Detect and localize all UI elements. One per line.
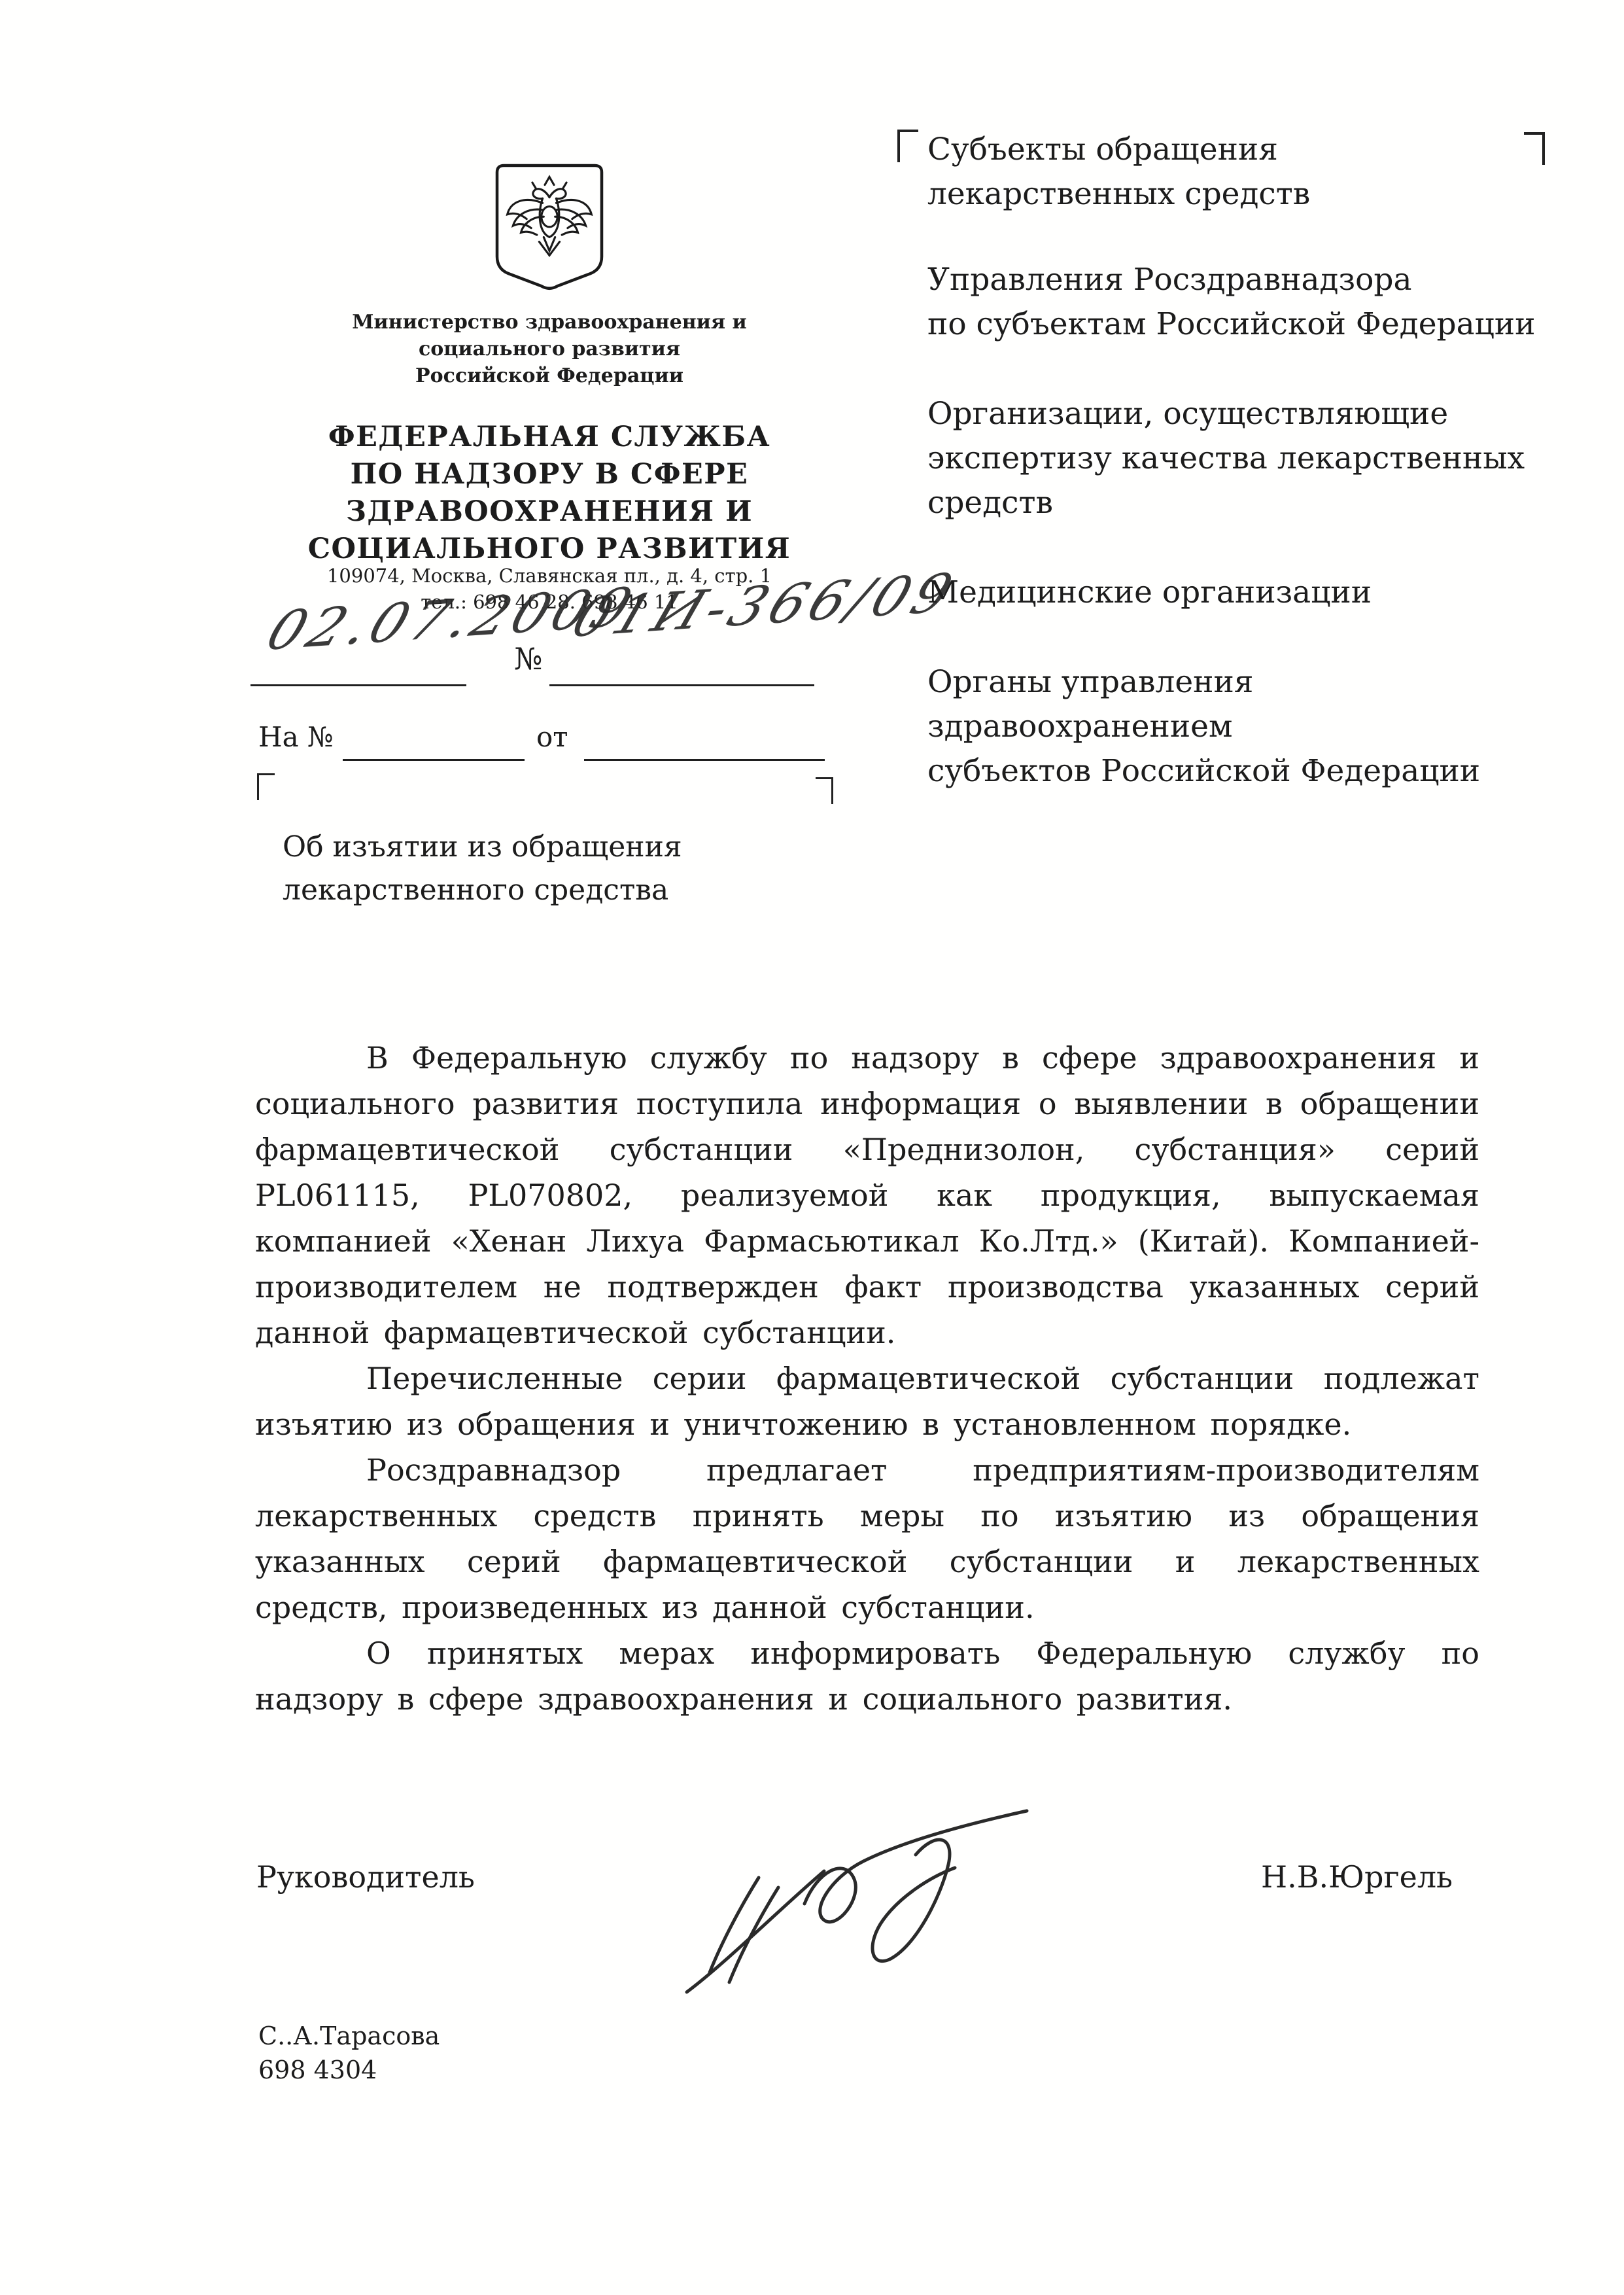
signature-scribble-icon bbox=[608, 1793, 1066, 2008]
ministry-line: социального развития bbox=[222, 336, 876, 362]
recipient-line: Медицинские организации bbox=[927, 570, 1559, 615]
recipient-line: Органы управления bbox=[927, 660, 1559, 705]
body-paragraph: О принятых мерах информировать Федеральн… bbox=[255, 1630, 1479, 1722]
ministry-line: Российской Федерации bbox=[222, 362, 876, 389]
reply-date-underline bbox=[584, 759, 825, 761]
body-paragraph: Росздравнадзор предлагает предприятиям-п… bbox=[255, 1447, 1479, 1630]
subject-corner-bracket-right bbox=[816, 777, 833, 804]
recipient-corner-bracket-left bbox=[897, 130, 918, 162]
recipient-line: субъектов Российской Федерации bbox=[927, 749, 1559, 794]
body-paragraph: В Федеральную службу по надзору в сфере … bbox=[255, 1035, 1479, 1356]
executor-contact: С..А.Тарасова 698 4304 bbox=[258, 2019, 440, 2087]
body-paragraph: Перечисленные серии фармацевтической суб… bbox=[255, 1356, 1479, 1447]
recipient-line: Организации, осуществляющие bbox=[927, 392, 1559, 436]
recipient-line: экспертизу качества лекарственных bbox=[927, 436, 1559, 481]
subject-line: Об изъятии из обращения bbox=[283, 826, 780, 869]
letter-body: В Федеральную службу по надзору в сфере … bbox=[255, 1035, 1479, 1722]
federal-service-name: ФЕДЕРАЛЬНАЯ СЛУЖБА ПО НАДЗОРУ В СФЕРЕ ЗД… bbox=[190, 419, 909, 568]
subject-corner-bracket-left bbox=[257, 773, 275, 800]
service-line: ПО НАДЗОРУ В СФЕРЕ bbox=[190, 456, 909, 493]
reply-prefix: На № bbox=[258, 721, 334, 753]
recipient-line: лекарственных средств bbox=[927, 172, 1559, 217]
signer-name: Н.В.Юргель bbox=[1261, 1859, 1453, 1895]
recipient-subjects-of-circulation: Субъекты обращения лекарственных средств bbox=[927, 128, 1559, 217]
recipient-roszdravnadzor-departments: Управления Росздравнадзора по субъектам … bbox=[927, 258, 1559, 347]
number-underline bbox=[549, 684, 814, 686]
recipient-line: Субъекты обращения bbox=[927, 128, 1559, 172]
recipient-line: здравоохранением bbox=[927, 705, 1559, 749]
scanned-letter-page: Министерство здравоохранения и социально… bbox=[0, 0, 1624, 2295]
recipient-medical-organizations: Медицинские организации bbox=[927, 570, 1559, 615]
service-line: ФЕДЕРАЛЬНАЯ СЛУЖБА bbox=[190, 419, 909, 456]
recipient-line: по субъектам Российской Федерации bbox=[927, 302, 1559, 347]
recipient-line: средств bbox=[927, 481, 1559, 525]
subject: Об изъятии из обращения лекарственного с… bbox=[283, 826, 780, 912]
executor-name: С..А.Тарасова bbox=[258, 2019, 440, 2053]
recipient-health-authorities: Органы управления здравоохранением субъе… bbox=[927, 660, 1559, 794]
recipient-line: Управления Росздравнадзора bbox=[927, 258, 1559, 302]
recipient-quality-expertise-organizations: Организации, осуществляющие экспертизу к… bbox=[927, 392, 1559, 525]
subject-line: лекарственного средства bbox=[283, 869, 780, 912]
executor-phone: 698 4304 bbox=[258, 2053, 440, 2087]
date-underline bbox=[251, 684, 466, 686]
ministry-name: Министерство здравоохранения и социально… bbox=[222, 309, 876, 389]
ministry-line: Министерство здравоохранения и bbox=[222, 309, 876, 336]
signer-title: Руководитель bbox=[256, 1859, 475, 1895]
service-line: ЗДРАВООХРАНЕНИЯ И bbox=[190, 493, 909, 531]
coat-of-arms-icon bbox=[492, 161, 607, 292]
reply-number-underline bbox=[343, 759, 525, 761]
number-sign: № bbox=[514, 641, 543, 676]
reply-from-label: от bbox=[536, 721, 568, 753]
